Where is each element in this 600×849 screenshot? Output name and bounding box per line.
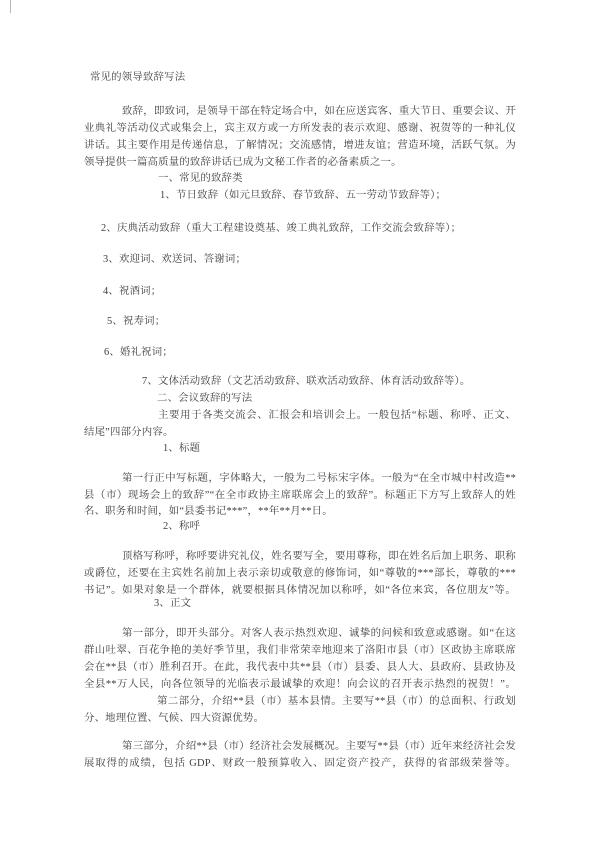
document-title: 常见的领导致辞写法 — [90, 70, 185, 86]
intro-paragraph-line: 领导提供一篇高质量的致辞讲话已成为文秘工作者的必备素质之一。 — [84, 155, 402, 171]
section-2-intro-line: 结尾”四部分内容。 — [84, 425, 174, 441]
subsection-1-heading: 1、标题 — [163, 441, 200, 457]
list-item-1: 1、节日致辞（如元旦致辞、春节致辞、五一劳动节致辞等）； — [160, 188, 446, 204]
list-item-4: 4、祝酒词； — [103, 284, 161, 300]
part-1-paragraph-line: 全县**万人民，向各位领导的光临表示最诚挚的欢迎！向会议的召开表示热烈的祝贺！”… — [84, 677, 516, 693]
list-item-7: 7、文体活动致辞（文艺活动致辞、联欢活动致辞、体育活动致辞等）。 — [142, 374, 471, 390]
subsection-2-heading: 2、称呼 — [163, 519, 200, 535]
section-2-intro-line: 主要用于各类交流会、汇报会和培训会上。一般包括“标题、称呼、正文、 — [158, 408, 516, 424]
title-paragraph-line: 名、职务和时间，如“县委书记***”，**年**月**日。 — [84, 504, 333, 520]
part-3-paragraph-line: 展取得的成绩，包括 GDP、财政一般预算收入、固定资产投产，获得的省部级荣誉等。 — [84, 756, 516, 772]
title-paragraph-line: 县（市）现场会上的致辞”“在全市政协主席联席会上的致辞”。标题正下方写上致辞人的… — [84, 488, 516, 504]
intro-paragraph-line: 业典礼等活动仪式或集会上，宾主双方或一方所发表的表示欢迎、感谢、祝贺等的一种礼仪 — [84, 121, 516, 137]
section-2-heading: 二、会议致辞的写法 — [157, 391, 252, 407]
chenghu-paragraph-line: 书记”。如果对象是一个群体，就要根据具体情况加以称呼，如“各位来宾，各位朋友”等… — [84, 583, 516, 599]
part-2-paragraph-line: 第二部分，介绍**县（市）基本县情。主要写**县（市）的总面积、行政划 — [157, 694, 516, 710]
part-1-paragraph-line: 第一部分，即开头部分。对客人表示热烈欢迎、诚挚的问候和致意或感谢。如“在这 — [122, 626, 516, 642]
list-item-5: 5、祝寿词； — [107, 314, 165, 330]
intro-paragraph-line: 致辞，即致词，是领导干部在特定场合中，如在应送宾客、重大节日、重要会议、开 — [122, 104, 516, 120]
title-paragraph-line: 第一行正中写标题，字体略大，一般为二号标宋字体。一般为“在全市城中村改造** — [122, 471, 516, 487]
scan-artifact-mark — [10, 0, 11, 13]
part-3-paragraph-line: 第三部分，介绍**县（市）经济社会发展概况。主要写**县（市）近年来经济社会发 — [122, 739, 516, 755]
subsection-3-heading: 3、正文 — [154, 596, 191, 612]
chenghu-paragraph-line: 或爵位，还要在主宾姓名前加上表示亲切或敬意的修饰词，如“尊敬的***部长，尊敬的… — [84, 566, 516, 582]
intro-paragraph-line: 讲话。其主要作用是传递信息，了解情况；交流感情，增进友谊；营造环境，活跃气氛。为 — [84, 138, 516, 154]
list-item-6: 6、婚礼祝词； — [104, 345, 173, 361]
chenghu-paragraph-line: 顶格写称呼，称呼要讲究礼仪，姓名要写全，要用尊称，即在姓名后加上职务、职称 — [122, 549, 516, 565]
part-1-paragraph-line: 群山吐翠、百花争艳的美好季节里，我们非常荣幸地迎来了洛阳市县（市）区政协主席联席 — [84, 643, 516, 659]
part-2-paragraph-line: 分、地理位置、气候、四大资源优势。 — [84, 711, 264, 727]
section-1-heading: 一、常见的致辞类 — [158, 171, 243, 187]
document-page: 常见的领导致辞写法 致辞，即致词，是领导干部在特定场合中，如在应送宾客、重大节日… — [0, 0, 600, 849]
list-item-3: 3、欢迎词、欢送词、答谢词； — [103, 252, 246, 268]
list-item-2: 2、庆典活动致辞（重大工程建设奠基、竣工典礼致辞，工作交流会致辞等）； — [101, 221, 461, 237]
part-1-paragraph-line: 会在**县（市）胜利召开。在此，我代表中共**县（市）县委、县人大、县政府、县政… — [84, 660, 516, 676]
